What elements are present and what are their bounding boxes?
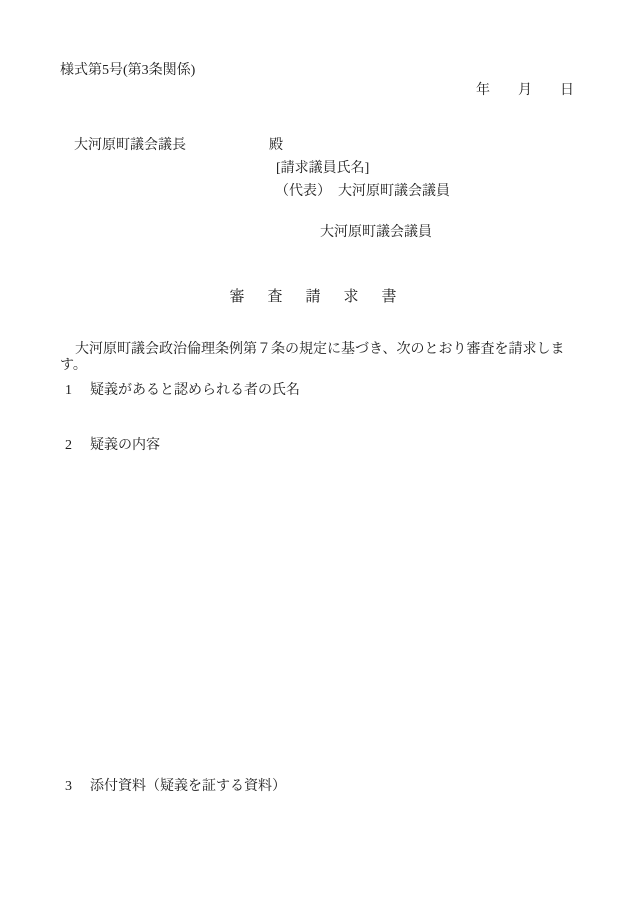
list-item-3: 3 添付資料（疑義を証する資料） <box>65 779 286 795</box>
item-3-label: 添付資料（疑義を証する資料） <box>90 779 286 795</box>
body-paragraph: 大河原町議会政治倫理条例第７条の規定に基づき、次のとおり審査を請求します。 <box>60 342 570 374</box>
item-1-label: 疑義があると認められる者の氏名 <box>90 383 300 399</box>
document-page: 様式第5号(第3条関係) 年 月 日 大河原町議会議長殿 [請求議員氏名] （代… <box>0 0 630 903</box>
item-3-number: 3 <box>65 779 90 795</box>
representative-line: （代表） 大河原町議会議員 <box>275 184 450 200</box>
addressee-honorific: 殿 <box>269 138 283 153</box>
list-item-1: 1 疑義があると認められる者の氏名 <box>65 383 300 399</box>
document-title: 審 査 請 求 書 <box>0 289 630 306</box>
item-1-number: 1 <box>65 383 90 399</box>
item-2-label: 疑義の内容 <box>90 438 160 454</box>
item-2-number: 2 <box>65 438 90 454</box>
member-line: 大河原町議会議員 <box>320 225 432 241</box>
addressee-line: 大河原町議会議長殿 <box>60 122 283 170</box>
form-number: 様式第5号(第3条関係) <box>60 63 195 79</box>
list-item-2: 2 疑義の内容 <box>65 438 160 454</box>
requester-name-placeholder: [請求議員氏名] <box>276 161 369 177</box>
date-line: 年 月 日 <box>476 83 574 99</box>
addressee-name: 大河原町議会議長 <box>74 138 186 153</box>
